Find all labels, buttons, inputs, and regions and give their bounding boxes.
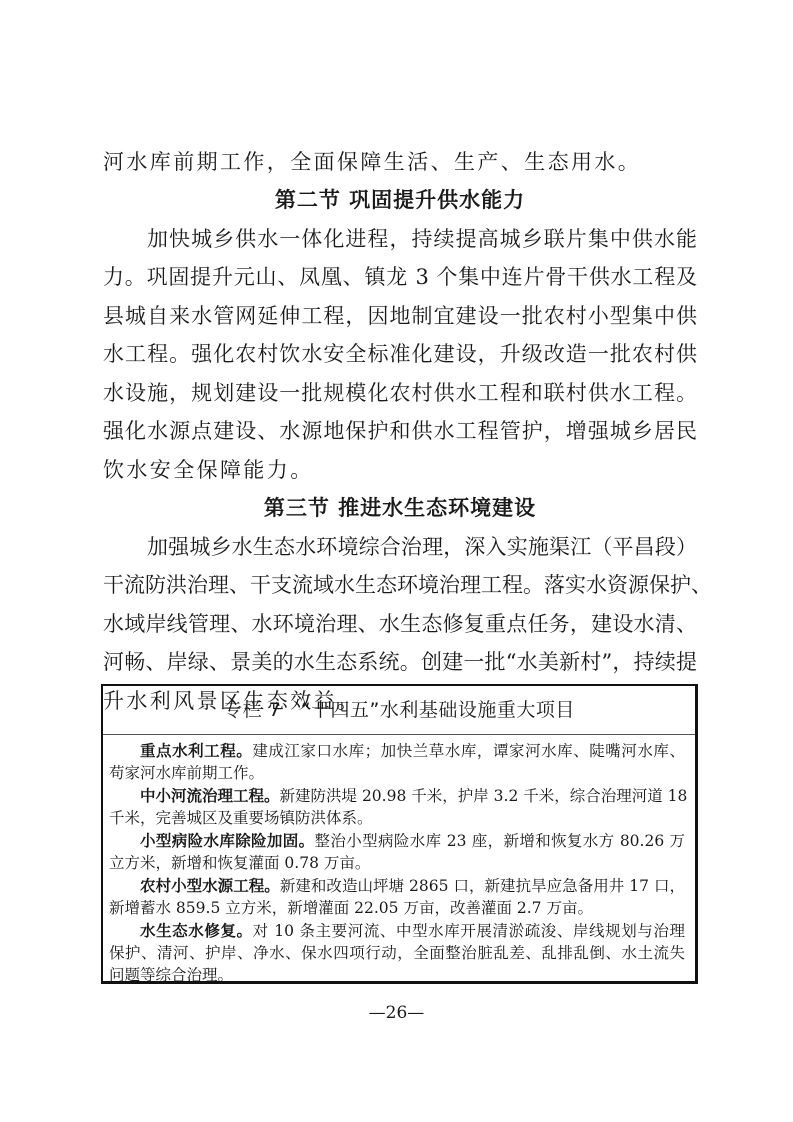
section-heading-3: 第三节 推进水生态环境建设 <box>103 489 697 528</box>
box-item-line: 立方米，新增和恢复灌面 0.78 万亩。 <box>109 852 685 874</box>
box-item-label: 重点水利工程。 <box>140 742 252 760</box>
box-item-line: 中小河流治理工程。新建防洪堤 20.98 千米，护岸 3.2 千米，综合治理河道… <box>109 785 685 807</box>
paragraph-line: 饮水安全保障能力。 <box>103 451 697 490</box>
paragraph-line: 水域岸线管理、水环境治理、水生态修复重点任务，建设水清、 <box>103 605 697 644</box>
paragraph-line: 水设施，规划建设一批规模化农村供水工程和联村供水工程。 <box>103 374 697 413</box>
paragraph-line: 干流防洪治理、干支流域水生态环境治理工程。落实水资源保护、 <box>103 566 697 605</box>
box-item-label: 农村小型水源工程。 <box>140 877 280 895</box>
box-item-label: 中小河流治理工程。 <box>140 787 280 805</box>
box-item-line: 千米，完善城区及重要场镇防洪体系。 <box>109 807 685 829</box>
section-heading-2: 第二节 巩固提升供水能力 <box>103 181 697 220</box>
document-page: 河水库前期工作，全面保障生活、生产、生态用水。 第二节 巩固提升供水能力 加快城… <box>0 0 793 1122</box>
paragraph-line: 河水库前期工作，全面保障生活、生产、生态用水。 <box>103 143 697 182</box>
box-item-line: 问题等综合治理。 <box>109 964 685 986</box>
box-item-line: 农村小型水源工程。新建和改造山坪塘 2865 口，新建抗旱应急备用井 17 口， <box>109 875 685 897</box>
box-item-label: 水生态水修复。 <box>140 922 253 940</box>
box-item-line: 保护、清河、护岸、净水、保水四项行动，全面整治脏乱差、乱排乱倒、水土流失 <box>109 942 685 964</box>
paragraph-line: 加强城乡水生态水环境综合治理，深入实施渠江（平昌段） <box>103 528 697 567</box>
page-number: —26— <box>0 1003 793 1023</box>
column-box: 专栏 7 “十四五”水利基础设施重大项目 重点水利工程。建成江家口水库；加快兰草… <box>101 684 698 984</box>
paragraph-line: 县城自来水管网延伸工程，因地制宜建设一批农村小型集中供 <box>103 297 697 336</box>
box-item-line: 新增蓄水 859.5 立方米，新增灌面 22.05 万亩，改善灌面 2.7 万亩… <box>109 897 685 919</box>
column-box-title: 专栏 7 “十四五”水利基础设施重大项目 <box>103 686 695 735</box>
box-item-label: 小型病险水库除险加固。 <box>140 832 315 850</box>
paragraph-line: 河畅、岸绿、景美的水生态系统。创建一批“水美新村”，持续提 <box>103 643 697 682</box>
box-item-line: 苟家河水库前期工作。 <box>109 762 685 784</box>
paragraph-line: 水工程。强化农村饮水安全标准化建设，升级改造一批农村供 <box>103 335 697 374</box>
box-item-line: 水生态水修复。对 10 条主要河流、中型水库开展清淤疏浚、岸线规划与治理 <box>109 920 685 942</box>
box-item-line: 重点水利工程。建成江家口水库；加快兰草水库，谭家河水库、陡嘴河水库、 <box>109 740 685 762</box>
paragraph-line: 强化水源点建设、水源地保护和供水工程管护，增强城乡居民 <box>103 412 697 451</box>
box-item-line: 小型病险水库除险加固。整治小型病险水库 23 座，新增和恢复水方 80.26 万 <box>109 830 685 852</box>
paragraph-line: 力。巩固提升元山、凤凰、镇龙 3 个集中连片骨干供水工程及 <box>103 258 697 297</box>
paragraph-line: 加快城乡供水一体化进程，持续提高城乡联片集中供水能 <box>103 220 697 259</box>
